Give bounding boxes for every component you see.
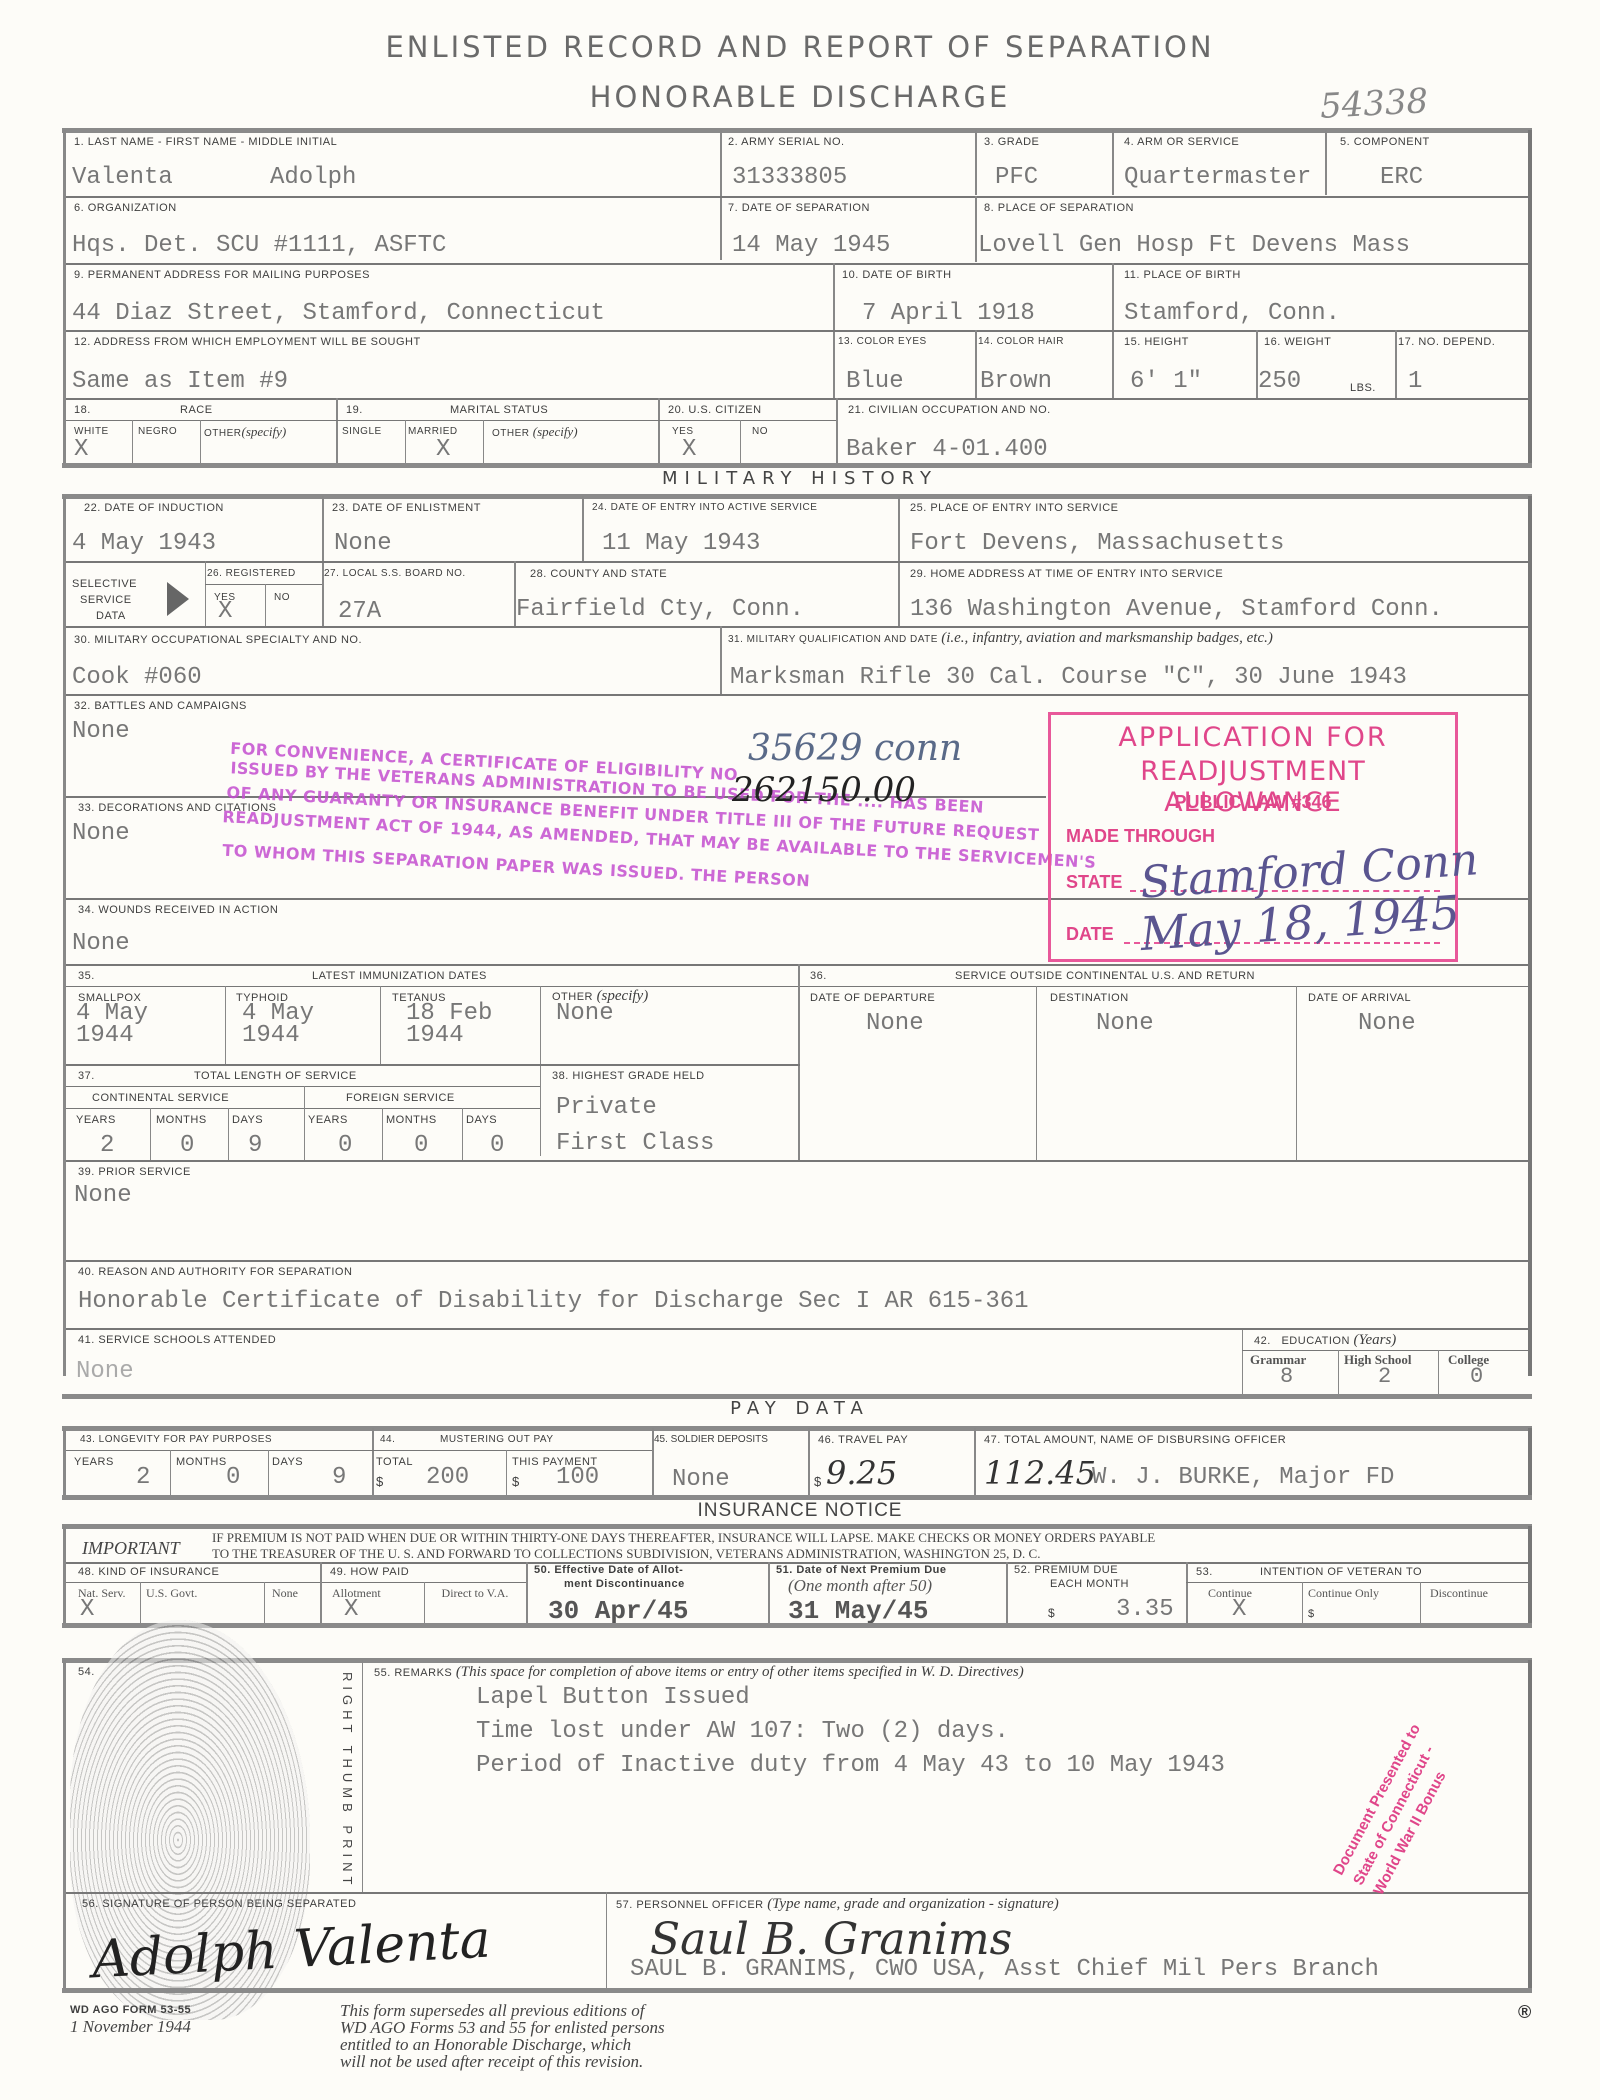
label-length-num: 37. (78, 1070, 95, 1082)
insurance-notice-line-2: TO THE TREASURER OF THE U. S. AND FORWAR… (212, 1546, 1040, 1562)
divider (228, 1108, 229, 1160)
value-departure[interactable]: None (866, 1010, 924, 1037)
label-citizen: 20. U.S. CITIZEN (668, 404, 762, 416)
frame-left (63, 1526, 66, 1626)
divider (582, 496, 584, 561)
divider (483, 420, 484, 464)
value-for-months[interactable]: 0 (414, 1132, 428, 1159)
divider (658, 398, 660, 464)
currency-symbol: $ (1308, 1608, 1315, 1620)
rule (205, 584, 322, 585)
label-thumb-num: 54. (78, 1666, 95, 1678)
value-effective-date[interactable]: 30 Apr/45 (548, 1596, 688, 1626)
rule (66, 694, 1528, 696)
value-typhoid-2[interactable]: 1944 (242, 1022, 300, 1049)
value-induction[interactable]: 4 May 1943 (72, 530, 216, 557)
divider (264, 1582, 265, 1624)
label-foreign: FOREIGN SERVICE (346, 1092, 455, 1104)
value-occupation[interactable]: Baker 4-01.400 (846, 436, 1048, 463)
label-premium-2: EACH MONTH (1050, 1578, 1129, 1590)
label-selective-1: SELECTIVE (72, 578, 137, 590)
label-eyes: 13. COLOR EYES (838, 336, 927, 347)
value-employment-address[interactable]: Same as Item #9 (72, 368, 288, 395)
label-active-service: 24. DATE OF ENTRY INTO ACTIVE SERVICE (592, 502, 817, 513)
value-weight[interactable]: 250 (1258, 368, 1301, 395)
value-disbursing-officer[interactable]: W. J. BURKE, Major FD (1092, 1464, 1394, 1491)
divider (265, 584, 266, 626)
value-first-name[interactable]: Adolph (270, 164, 356, 191)
divider (382, 1108, 383, 1160)
rule (658, 420, 836, 421)
rule (62, 494, 1532, 499)
rule (66, 398, 836, 400)
value-battles[interactable]: None (72, 718, 130, 745)
rule (66, 263, 1528, 265)
value-highest-grade-1[interactable]: Private (556, 1094, 657, 1121)
value-pay-months[interactable]: 0 (226, 1464, 240, 1491)
value-personnel-officer[interactable]: SAUL B. GRANIMS, CWO USA, Asst Chief Mil… (630, 1956, 1379, 1983)
rule (66, 196, 1528, 198)
next-premium-hint: (One month after 50) (788, 1576, 932, 1596)
value-home-address[interactable]: 136 Washington Avenue, Stamford Conn. (910, 596, 1443, 623)
rule (62, 1524, 1532, 1529)
supersedes-line-1: This form supersedes all previous editio… (340, 2002, 644, 2019)
label-cont-years: YEARS (76, 1114, 116, 1126)
divider (1112, 130, 1114, 195)
race-other: OTHER(specify) (204, 424, 286, 440)
label-name: 1. LAST NAME - FIRST NAME - MIDDLE INITI… (74, 136, 337, 148)
label-home-address: 29. HOME ADDRESS AT TIME OF ENTRY INTO S… (910, 568, 1223, 580)
remarks-line-2[interactable]: Time lost under AW 107: Two (2) days. (476, 1718, 1009, 1745)
label-dependents: 17. NO. DEPEND. (1398, 336, 1495, 348)
section-military-history: MILITARY HISTORY (0, 468, 1600, 489)
value-entry-place[interactable]: Fort Devens, Massachusetts (910, 530, 1284, 557)
label-intention-num: 53. (1196, 1566, 1213, 1578)
label-permanent-address: 9. PERMANENT ADDRESS FOR MAILING PURPOSE… (74, 269, 370, 281)
section-insurance-notice: INSURANCE NOTICE (0, 1500, 1600, 1522)
label-service-schools: 41. SERVICE SCHOOLS ATTENDED (78, 1334, 276, 1346)
value-grammar[interactable]: 8 (1280, 1364, 1293, 1389)
value-smallpox-2[interactable]: 1944 (76, 1022, 134, 1049)
weight-unit: LBS. (1350, 382, 1376, 394)
race-mark[interactable]: X (74, 436, 88, 463)
value-hair[interactable]: Brown (980, 368, 1052, 395)
supersedes-line-2: WD AGO Forms 53 and 55 for enlisted pers… (340, 2019, 665, 2036)
value-premium[interactable]: 3.35 (1116, 1596, 1174, 1623)
value-grade[interactable]: PFC (995, 164, 1038, 191)
label-marital-num: 19. (346, 404, 363, 416)
label-total-amount: 47. TOTAL AMOUNT, NAME OF DISBURSING OFF… (984, 1434, 1286, 1446)
currency-symbol: $ (376, 1474, 384, 1489)
label-registered: 26. REGISTERED (207, 568, 296, 579)
rule (66, 986, 800, 987)
marital-single: SINGLE (342, 426, 382, 437)
divider (304, 1086, 305, 1160)
divider (975, 130, 977, 195)
label-wounds: 34. WOUNDS RECEIVED IN ACTION (78, 904, 278, 916)
rule (66, 1086, 540, 1087)
divider (1186, 1562, 1188, 1624)
label-reason: 40. REASON AND AUTHORITY FOR SEPARATION (78, 1266, 352, 1278)
handwritten-certificate-number: 35629 conn (748, 728, 962, 769)
divider (200, 420, 201, 464)
label-arm: 4. ARM OR SERVICE (1124, 136, 1239, 148)
divider (1036, 986, 1037, 1160)
rule (1242, 1350, 1528, 1351)
rule (66, 561, 1528, 563)
divider (362, 1660, 363, 1892)
rule (66, 1328, 1528, 1330)
value-eyes[interactable]: Blue (846, 368, 904, 395)
section-pay-data: PAY DATA (0, 1398, 1600, 1419)
label-travel-pay: 46. TRAVEL PAY (818, 1434, 908, 1446)
form-date: 1 November 1944 (70, 2018, 191, 2035)
rule (62, 1658, 1532, 1663)
rule (66, 1582, 526, 1583)
divider (462, 1108, 463, 1160)
label-remarks: 55. REMARKS (This space for completion o… (374, 1664, 1024, 1681)
form-title: ENLISTED RECORD AND REPORT OF SEPARATION (0, 30, 1600, 64)
stamp-date-label: DATE (1066, 924, 1114, 945)
frame-left (63, 130, 66, 465)
label-occupation: 21. CIVILIAN OCCUPATION AND NO. (848, 404, 1051, 416)
value-for-years[interactable]: 0 (338, 1132, 352, 1159)
label-continue-only: Continue Only (1308, 1586, 1379, 1601)
frame-left (63, 1660, 66, 1990)
label-longevity: 43. LONGEVITY FOR PAY PURPOSES (80, 1434, 272, 1445)
value-high-school[interactable]: 2 (1378, 1364, 1391, 1389)
rule (66, 1450, 372, 1451)
remarks-line-1[interactable]: Lapel Button Issued (476, 1684, 750, 1711)
value-serial[interactable]: 31333805 (732, 164, 847, 191)
label-insurance-none: None (272, 1586, 298, 1601)
label-continental: CONTINENTAL SERVICE (92, 1092, 229, 1104)
label-dob: 10. DATE OF BIRTH (842, 269, 952, 281)
divider (336, 398, 338, 464)
currency-symbol: $ (1048, 1606, 1056, 1620)
rule (62, 1988, 1532, 1993)
label-next-premium: 51. Date of Next Premium Due (776, 1564, 947, 1576)
label-board: 27. LOCAL S.S. BOARD NO. (324, 568, 466, 579)
value-arm[interactable]: Quartermaster (1124, 164, 1311, 191)
label-how-paid: 49. HOW PAID (330, 1566, 409, 1578)
rule (66, 420, 336, 421)
label-right-thumb-print: RIGHT THUMB PRINT (340, 1672, 355, 1889)
label-enlistment: 23. DATE OF ENLISTMENT (332, 502, 481, 514)
label-soldier-deposits: 45. SOLDIER DEPOSITS (654, 1434, 768, 1445)
value-immunization-other[interactable]: None (556, 1000, 614, 1027)
label-induction: 22. DATE OF INDUCTION (84, 502, 224, 514)
insurance-notice-line-1: IF PREMIUM IS NOT PAID WHEN DUE OR WITHI… (212, 1530, 1155, 1546)
label-pob: 11. PLACE OF BIRTH (1124, 269, 1241, 281)
divider (320, 1562, 322, 1624)
value-pay-days[interactable]: 9 (332, 1464, 346, 1491)
divider (526, 1562, 528, 1624)
label-cont-days: DAYS (232, 1114, 263, 1126)
value-total-amount[interactable]: 112.45 (984, 1454, 1096, 1492)
divider (225, 986, 226, 1066)
rule (66, 1108, 540, 1109)
value-height[interactable]: 6' 1" (1130, 368, 1202, 395)
divider (740, 420, 741, 464)
label-mustering: MUSTERING OUT PAY (440, 1434, 554, 1445)
frame-left (63, 496, 66, 1376)
label-mustering-total: TOTAL (376, 1456, 413, 1468)
label-pay-days: DAYS (272, 1456, 303, 1468)
made-through-label: MADE THROUGH (1066, 826, 1215, 847)
label-mos: 30. MILITARY OCCUPATIONAL SPECIALTY AND … (74, 634, 362, 646)
rule (1186, 1582, 1528, 1583)
label-for-months: MONTHS (386, 1114, 437, 1126)
label-outside: SERVICE OUTSIDE CONTINENTAL U.S. AND RET… (955, 970, 1255, 982)
label-component: 5. COMPONENT (1340, 136, 1430, 148)
label-for-years: YEARS (308, 1114, 348, 1126)
divider (205, 561, 206, 626)
value-cont-years[interactable]: 2 (100, 1132, 114, 1159)
rule (66, 964, 1528, 966)
label-hair: 14. COLOR HAIR (978, 336, 1064, 347)
frame-right (1528, 496, 1532, 1376)
divider (268, 1450, 269, 1496)
allotment-mark[interactable]: X (344, 1596, 358, 1623)
value-tetanus-2[interactable]: 1944 (406, 1022, 464, 1049)
label-organization: 6. ORGANIZATION (74, 202, 177, 214)
value-active-service[interactable]: 11 May 1943 (602, 530, 760, 557)
value-service-schools[interactable]: None (76, 1358, 134, 1385)
marital-mark[interactable]: X (436, 436, 450, 463)
label-departure: DATE OF DEPARTURE (810, 992, 935, 1004)
label-destination: DESTINATION (1050, 992, 1129, 1004)
value-pay-years[interactable]: 2 (136, 1464, 150, 1491)
rule (66, 330, 1528, 332)
label-highest-grade: 38. HIGHEST GRADE HELD (552, 1070, 705, 1082)
arrow-icon (167, 582, 189, 616)
label-immunization-num: 35. (78, 970, 95, 982)
value-county[interactable]: Fairfield Cty, Conn. (516, 596, 804, 623)
divider (380, 986, 381, 1066)
rule (836, 398, 1528, 400)
frame-left (63, 1428, 66, 1498)
label-grade: 3. GRADE (984, 136, 1039, 148)
rule (62, 1426, 1532, 1431)
supersedes-line-4: will not be used after receipt of this r… (340, 2053, 643, 2070)
citizen-mark[interactable]: X (682, 436, 696, 463)
rule (66, 1160, 1528, 1162)
divider (132, 420, 133, 464)
value-reason[interactable]: Honorable Certificate of Disability for … (78, 1288, 1029, 1315)
divider (506, 1450, 507, 1496)
rule (540, 1064, 800, 1065)
divider (150, 1108, 151, 1160)
label-entry-place: 25. PLACE OF ENTRY INTO SERVICE (910, 502, 1118, 514)
value-cont-months[interactable]: 0 (180, 1132, 194, 1159)
divider (1338, 1350, 1339, 1394)
rule (66, 626, 1528, 628)
divider (606, 1892, 607, 1990)
label-effective-date-2: ment Discontinuance (564, 1578, 685, 1590)
label-cont-months: MONTHS (156, 1114, 207, 1126)
divider (975, 196, 977, 262)
value-cont-days[interactable]: 9 (248, 1132, 262, 1159)
supersedes-line-3: entitled to an Honorable Discharge, whic… (340, 2036, 631, 2053)
readjustment-law: PUBLIC LAW #346 (1048, 792, 1458, 813)
currency-symbol: $ (512, 1474, 520, 1489)
label-personnel-officer: 57. PERSONNEL OFFICER (Type name, grade … (616, 1896, 1059, 1913)
divider (405, 420, 406, 464)
label-length: TOTAL LENGTH OF SERVICE (194, 1070, 357, 1082)
value-this-payment[interactable]: 100 (556, 1464, 599, 1491)
divider (720, 626, 722, 694)
value-arrival[interactable]: None (1358, 1010, 1416, 1037)
label-employment-address: 12. ADDRESS FROM WHICH EMPLOYMENT WILL B… (74, 336, 421, 348)
handwritten-amount: 262150.00 (732, 770, 916, 810)
divider (1325, 130, 1327, 195)
value-board[interactable]: 27A (338, 598, 381, 625)
divider (424, 1582, 425, 1624)
citizen-no: NO (752, 426, 768, 437)
label-selective-3: DATA (96, 610, 126, 622)
divider (836, 398, 838, 464)
value-separation-date[interactable]: 14 May 1945 (732, 232, 890, 259)
label-county: 28. COUNTY AND STATE (530, 568, 667, 580)
readjustment-title-1: APPLICATION FOR (1048, 722, 1458, 753)
value-next-premium[interactable]: 31 May/45 (788, 1596, 928, 1626)
label-discontinue: Discontinue (1430, 1586, 1488, 1601)
label-race: RACE (180, 404, 213, 416)
value-highest-grade-2[interactable]: First Class (556, 1130, 714, 1157)
value-travel-pay[interactable]: 9.25 (826, 1454, 897, 1492)
divider (768, 1562, 770, 1624)
reg-no: NO (274, 592, 290, 603)
divider (1242, 1330, 1243, 1394)
important-label: IMPORTANT (82, 1538, 180, 1559)
divider (975, 330, 977, 398)
value-soldier-deposits[interactable]: None (672, 1466, 730, 1493)
remarks-line-3[interactable]: Period of Inactive duty from 4 May 43 to… (476, 1752, 1225, 1779)
divider (1438, 1350, 1439, 1394)
label-height: 15. HEIGHT (1124, 336, 1189, 348)
registered-mark[interactable]: X (218, 598, 232, 625)
value-for-days[interactable]: 0 (490, 1132, 504, 1159)
handwritten-file-number: 54338 (1319, 81, 1429, 127)
value-component[interactable]: ERC (1380, 164, 1423, 191)
form-id: WD AGO FORM 53-55 (70, 2004, 191, 2016)
frame-right (1528, 1428, 1532, 1498)
value-permanent-address[interactable]: 44 Diaz Street, Stamford, Connecticut (72, 300, 605, 327)
label-kind-insurance: 48. KIND OF INSURANCE (78, 1566, 219, 1578)
label-weight: 16. WEIGHT (1264, 336, 1331, 348)
label-grammar: Grammar (1250, 1352, 1306, 1368)
value-separation-place[interactable]: Lovell Gen Hosp Ft Devens Mass (978, 232, 1410, 259)
value-prior-service[interactable]: None (74, 1182, 132, 1209)
label-intention: INTENTION OF VETERAN TO (1260, 1566, 1422, 1578)
label-arrival: DATE OF ARRIVAL (1308, 992, 1411, 1004)
label-pay-years: YEARS (74, 1456, 114, 1468)
value-mos[interactable]: Cook #060 (72, 664, 202, 691)
value-enlistment[interactable]: None (334, 530, 392, 557)
label-battles: 32. BATTLES AND CAMPAIGNS (74, 700, 247, 712)
label-for-days: DAYS (466, 1114, 497, 1126)
race-negro: NEGRO (138, 426, 177, 437)
label-premium-1: 52. PREMIUM DUE (1014, 1564, 1118, 1576)
frame-right (1528, 130, 1532, 465)
label-us-govt: U.S. Govt. (146, 1586, 197, 1601)
divider (798, 964, 800, 1160)
currency-symbol: $ (814, 1474, 822, 1489)
rule (336, 420, 658, 421)
divider (1302, 1582, 1303, 1624)
divider (808, 1428, 810, 1496)
rule (372, 1450, 652, 1451)
nat-serv-mark[interactable]: X (80, 1596, 94, 1623)
label-separation-date: 7. DATE OF SEPARATION (728, 202, 870, 214)
frame-top (62, 128, 1532, 133)
label-separation-place: 8. PLACE OF SEPARATION (984, 202, 1134, 214)
rule (66, 1892, 1528, 1894)
value-pob[interactable]: Stamford, Conn. (1124, 300, 1340, 327)
rule (62, 1623, 1532, 1628)
label-outside-num: 36. (810, 970, 827, 982)
label-marital: MARITAL STATUS (450, 404, 548, 416)
rule (800, 986, 1528, 987)
label-education: 42. EDUCATION (Years) (1254, 1332, 1396, 1349)
frame-right (1528, 1526, 1532, 1626)
divider (720, 130, 722, 260)
divider (974, 1428, 976, 1496)
value-mustering-total[interactable]: 200 (426, 1464, 469, 1491)
frame-right (1528, 1660, 1532, 1990)
divider (372, 1428, 374, 1496)
label-qualification: 31. MILITARY QUALIFICATION AND DATE (i.e… (728, 630, 1273, 647)
divider (1420, 1582, 1421, 1624)
divider (140, 1582, 141, 1624)
value-qualification[interactable]: Marksman Rifle 30 Cal. Course "C", 30 Ju… (730, 664, 1407, 691)
label-race-num: 18. (74, 404, 91, 416)
label-signature: 56. SIGNATURE OF PERSON BEING SEPARATED (82, 1898, 356, 1910)
label-prior-service: 39. PRIOR SERVICE (78, 1166, 191, 1178)
rule (66, 1260, 1528, 1262)
divider (1296, 986, 1297, 1160)
marital-other: OTHER (specify) (492, 424, 578, 440)
value-organization[interactable]: Hqs. Det. SCU #1111, ASFTC (72, 232, 446, 259)
label-effective-date-1: 50. Effective Date of Allot- (534, 1564, 683, 1576)
value-wounds[interactable]: None (72, 930, 130, 957)
value-college[interactable]: 0 (1470, 1364, 1483, 1389)
union-label-icon: ® (1518, 2002, 1531, 2023)
divider (540, 986, 541, 1156)
divider (1395, 330, 1397, 398)
label-selective-2: SERVICE (80, 594, 132, 606)
label-direct-va: Direct to V.A. (440, 1586, 510, 1601)
stamp-state-label: STATE (1066, 872, 1122, 893)
value-dob[interactable]: 7 April 1918 (862, 300, 1035, 327)
label-pay-months: MONTHS (176, 1456, 227, 1468)
divider (1006, 1562, 1008, 1624)
label-immunization: LATEST IMMUNIZATION DATES (312, 970, 487, 982)
divider (170, 1450, 171, 1496)
value-destination[interactable]: None (1096, 1010, 1154, 1037)
value-last-name[interactable]: Valenta (72, 164, 173, 191)
value-dependents[interactable]: 1 (1408, 368, 1422, 395)
value-decorations[interactable]: None (72, 820, 130, 847)
label-mustering-num: 44. (380, 1434, 395, 1445)
label-serial: 2. ARMY SERIAL NO. (728, 136, 845, 148)
continue-mark[interactable]: X (1232, 1596, 1246, 1623)
